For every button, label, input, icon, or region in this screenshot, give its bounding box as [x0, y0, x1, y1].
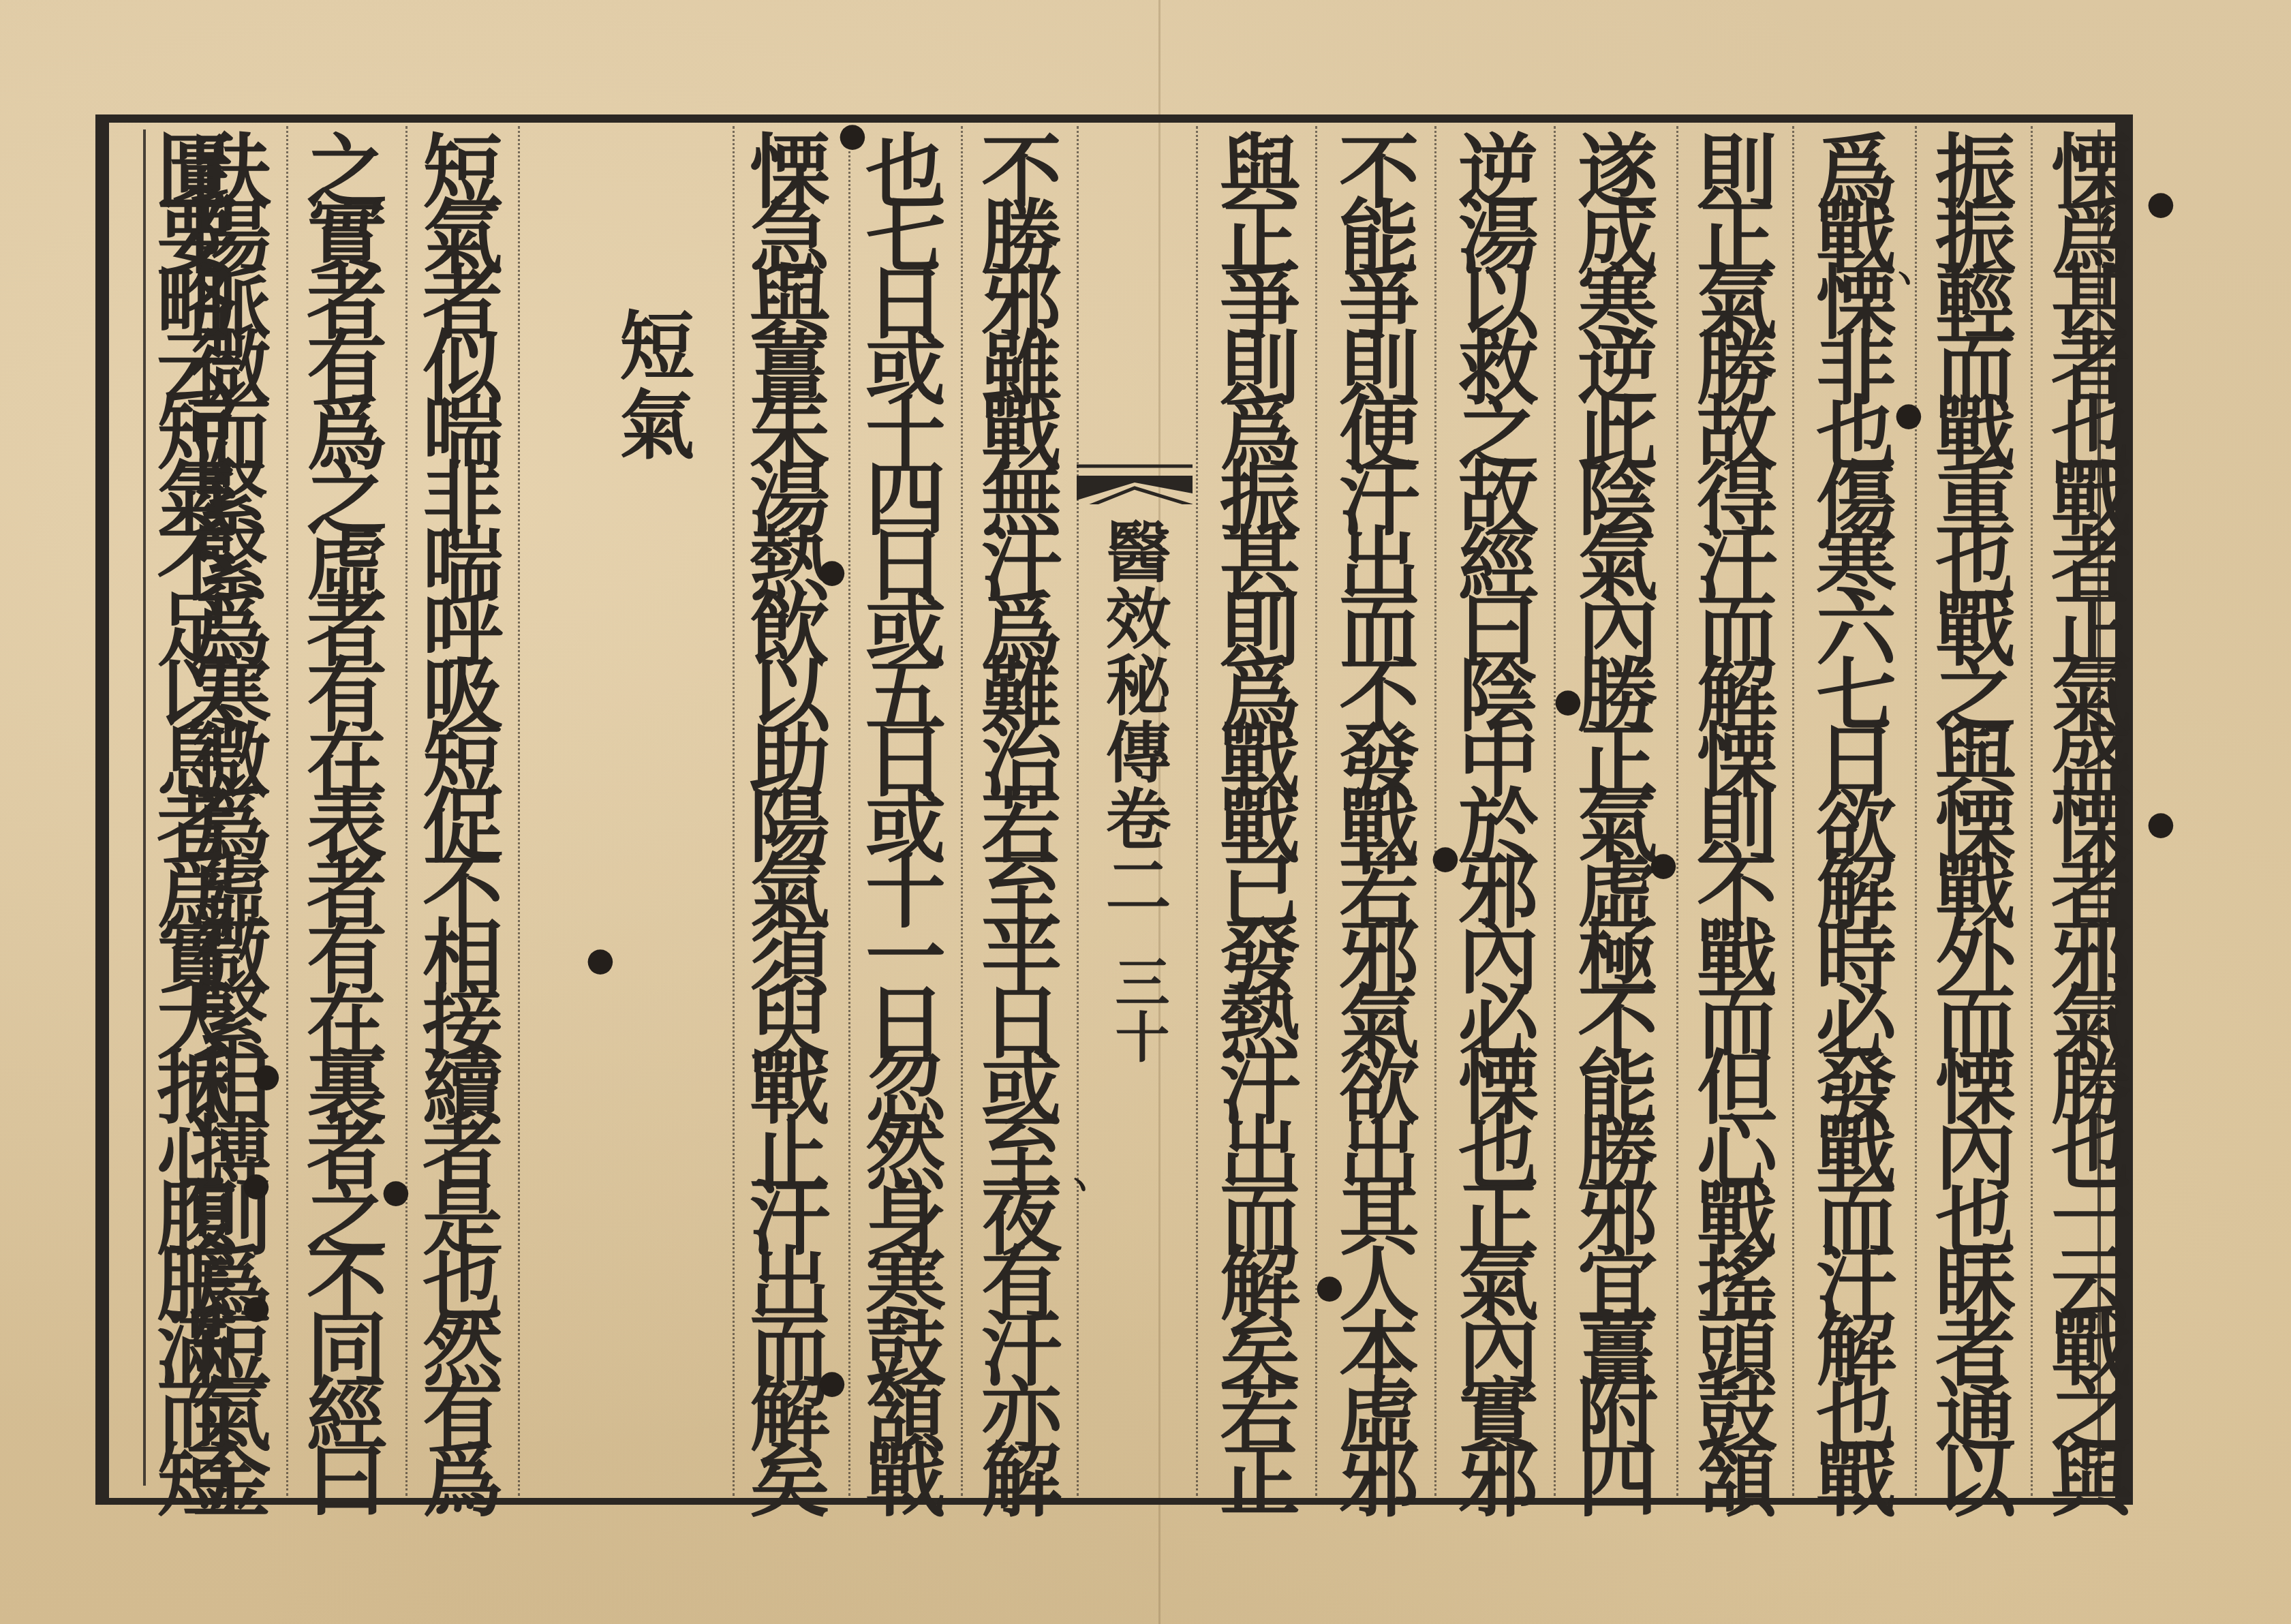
column-rule	[1554, 126, 1556, 1496]
banxin-rule-left	[1077, 126, 1079, 1496]
punctuation-circle-icon: ●	[1894, 395, 1923, 433]
punctuation-circle-icon: ●	[586, 940, 615, 979]
right-page-column-4: 則正氣勝故得汗而解慄則不戰而但心戰搖頭鼓頷	[1690, 116, 1770, 1506]
punctuation-circle-icon: ●	[242, 1165, 271, 1204]
section-heading: 短氣	[613, 307, 688, 465]
banxin-page-number: 三十	[1111, 954, 1165, 1063]
banxin-book-title: 醫效秘傳卷二	[1101, 518, 1166, 919]
punctuation-circle-icon: ●	[1431, 838, 1460, 876]
punctuation-circle-icon: ●	[1554, 681, 1582, 720]
right-page-column-3: 爲戰慄非也傷寒六七日欲解時必發戰而汗解也戰	[1809, 116, 1890, 1506]
right-page-column-6: 逆湯以救之故經曰陰中於邪內必慄也正氣內實邪	[1451, 116, 1532, 1506]
column-rule	[1915, 126, 1917, 1496]
left-page-column-3: 慄急與薑朱湯熱飲以助陽氣須臾戰止汗出而解矣	[743, 116, 823, 1506]
column-rule	[405, 126, 408, 1496]
punctuation-circle-icon: ●	[818, 1363, 846, 1401]
punctuation-circle-icon: ●	[2147, 804, 2175, 842]
punctuation-tick-icon: ヽ	[1888, 252, 1920, 299]
column-rule	[286, 126, 288, 1496]
section-column-1: 短氣者似喘非喘呼吸短促不相接續者是也然有爲	[416, 116, 496, 1506]
right-page-column-2: 振振輕而戰重也戰之與慄戰外而慄內也眛者通以	[1928, 116, 2009, 1506]
punctuation-circle-icon: ●	[2147, 184, 2175, 222]
punctuation-circle-icon: ●	[1649, 845, 1678, 883]
column-rule	[733, 126, 735, 1496]
right-page-column-8: 與正爭則爲振甚則爲戰戰已發熱汗出而解矣若正	[1213, 116, 1293, 1506]
left-page-column-1: 不勝邪雖戰無汗爲難治若至半日或至夜有汗亦解	[974, 116, 1055, 1506]
column-rule	[2031, 126, 2033, 1496]
column-rule	[1676, 126, 1678, 1496]
right-page-column-1: 慄爲甚者也戰者正氣盛慄者邪氣勝也一云戰之與	[2044, 116, 2125, 1506]
fishtail-mark-icon	[1077, 463, 1193, 504]
banxin-rule-right	[1196, 126, 1198, 1496]
column-rule	[1434, 126, 1436, 1496]
punctuation-circle-icon: ●	[838, 116, 867, 154]
punctuation-circle-icon: ●	[252, 1056, 281, 1094]
punctuation-tick-icon: ヽ	[1063, 1159, 1096, 1206]
right-page-column-7: 不能爭則便汗出而不發戰若邪氣欲出其人本虛邪	[1332, 116, 1413, 1506]
column-rule	[961, 126, 963, 1496]
punctuation-circle-icon: ●	[818, 552, 846, 590]
column-rule	[518, 126, 520, 1496]
section-column-2: 之實者有爲之虛者有在表者有在裏者之不同經曰	[300, 116, 380, 1506]
punctuation-circle-icon: ●	[1315, 1268, 1344, 1306]
column-rule	[848, 126, 850, 1496]
section-column-4: 匱要略云短氣不足以息者爲實大抵心腹脹滿而短	[68, 116, 230, 1506]
right-page-column-5: 遂成寒逆此陰氣內勝正氣虛極不能勝邪宜薑附四	[1571, 116, 1651, 1506]
column-rule	[1792, 126, 1794, 1496]
punctuation-circle-icon: ●	[242, 1288, 271, 1326]
punctuation-circle-icon: ●	[382, 1172, 410, 1210]
left-page-column-2: 也七日或十四日或五日或十一日忽然身寒鼓頷戰	[859, 116, 939, 1506]
